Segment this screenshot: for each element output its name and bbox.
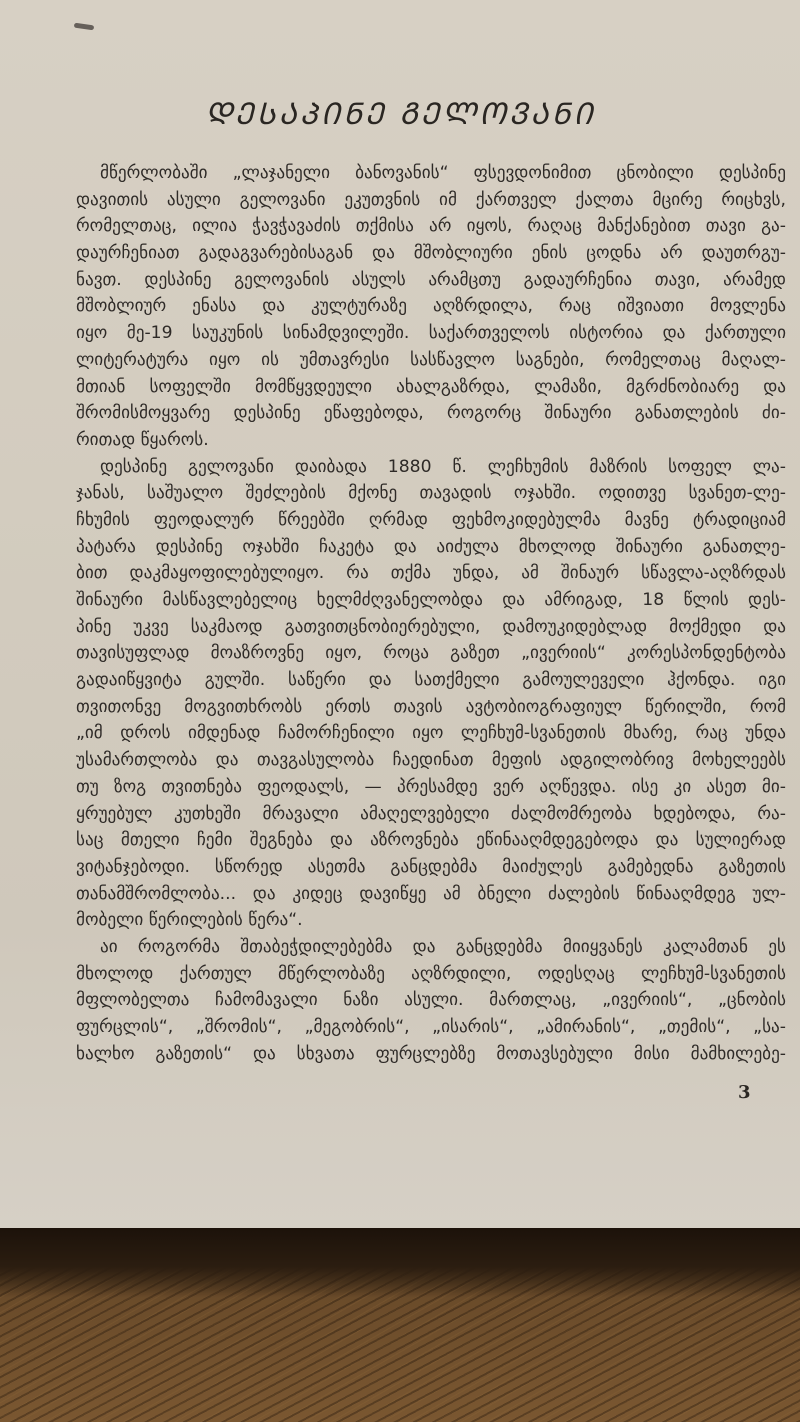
text-line: დაურჩენიათ გადაგვარებისაგან და მშობლიური… <box>76 240 786 267</box>
text-line: რითად წყაროს. <box>76 427 786 454</box>
text-line: ვიტანჯებოდი. სწორედ ასეთმა განცდებმა მაი… <box>76 854 786 881</box>
text-line: მთიან სოფელში მომწყვდეული ახალგაზრდა, ლა… <box>76 374 786 401</box>
text-line: იყო მე-19 საუკუნის სინამდვილეში. საქართვ… <box>76 320 786 347</box>
text-line: ჩხუმის ფეოდალურ წრეებში ღრმად ფეხმოკიდებ… <box>76 507 786 534</box>
text-line: ჯანას, საშუალო შეძლების მქონე თავადის ოჯ… <box>76 480 786 507</box>
text-line: თავისუფლად მოაზროვნე იყო, როცა გაზეთ „ივ… <box>76 640 786 667</box>
text-line: დავითის ასული გელოვანი ეკუთვნის იმ ქართვ… <box>76 187 786 214</box>
page-shadow <box>0 1228 800 1298</box>
text-line: რომელთაც, ილია ჭავჭავაძის თქმისა არ იყოს… <box>76 213 786 240</box>
text-line: პინე უკვე საკმაოდ გათვითცნობიერებული, და… <box>76 614 786 641</box>
text-line: მობელი წერილების წერა“. <box>76 907 786 934</box>
body-text: მწერლობაში „ლაჯანელი ბანოვანის“ ფსევდონი… <box>76 160 786 1067</box>
book-page: ᲓᲔᲡᲐᲞᲘᲜᲔ ᲒᲔᲚᲝᲕᲐᲜᲘ მწერლობაში „ლაჯანელი ბ… <box>0 0 800 1236</box>
text-line: შინაური მასწავლებელიც ხელმძღვანელობდა და… <box>76 587 786 614</box>
text-line: ბით დაკმაყოფილებულიყო. რა თქმა უნდა, ამ … <box>76 560 786 587</box>
text-line: პატარა დესპინე ოჯახში ჩაკეტა და აიძულა მ… <box>76 534 786 561</box>
text-line: მფლობელთა ჩამომავალი ნაზი ასული. მართლაც… <box>76 987 786 1014</box>
text-line: თუ ზოგ თვითნება ფეოდალს, — პრესამდე ვერ … <box>76 774 786 801</box>
text-line: თვითონვე მოგვითხრობს ერთს თავის ავტობიოგ… <box>76 694 786 721</box>
text-line: „იმ დროს იმდენად ჩამორჩენილი იყო ლეჩხუმ-… <box>76 720 786 747</box>
text-line: მწერლობაში „ლაჯანელი ბანოვანის“ ფსევდონი… <box>76 160 786 187</box>
text-line: მხოლოდ ქართულ მწერლობაზე აღზრდილი, ოდესღ… <box>76 961 786 988</box>
text-line: ლიტერატურა იყო ის უმთავრესი სასწავლო საგ… <box>76 347 786 374</box>
ink-speck <box>74 23 95 31</box>
text-line: გადაიწყვიტა გულში. საწერი და სათქმელი გა… <box>76 667 786 694</box>
text-line: აი როგორმა შთაბეჭდილებებმა და განცდებმა … <box>76 934 786 961</box>
text-line: ფურცლის“, „შრომის“, „მეგობრის“, „ისარის“… <box>76 1014 786 1041</box>
text-line: თანამშრომლობა... და კიდეც დავიწყე ამ ბნე… <box>76 881 786 908</box>
text-line: ხალხო გაზეთის“ და სხვათა ფურცლებზე მოთავ… <box>76 1041 786 1068</box>
text-line: დესპინე გელოვანი დაიბადა 1880 წ. ლეჩხუმი… <box>76 454 786 481</box>
page-number: 3 <box>738 1082 751 1103</box>
text-line: უსამართლობა და თავგასულობა ჩაედინათ მეფი… <box>76 747 786 774</box>
page-title: ᲓᲔᲡᲐᲞᲘᲜᲔ ᲒᲔᲚᲝᲕᲐᲜᲘ <box>0 92 800 133</box>
text-line: საც მთელი ჩემი შეგნება და აზროვნება ეწინ… <box>76 827 786 854</box>
text-line: მშობლიურ ენასა და კულტურაზე აღზრდილა, რა… <box>76 293 786 320</box>
text-line: ნავთ. დესპინე გელოვანის ასულს არამცთუ გა… <box>76 267 786 294</box>
text-line: ყრუებულ კუთხეში მრავალი ამაღელვებელი ძალ… <box>76 801 786 828</box>
text-line: შრომისმოყვარე დესპინე ეწაფებოდა, როგორც … <box>76 400 786 427</box>
